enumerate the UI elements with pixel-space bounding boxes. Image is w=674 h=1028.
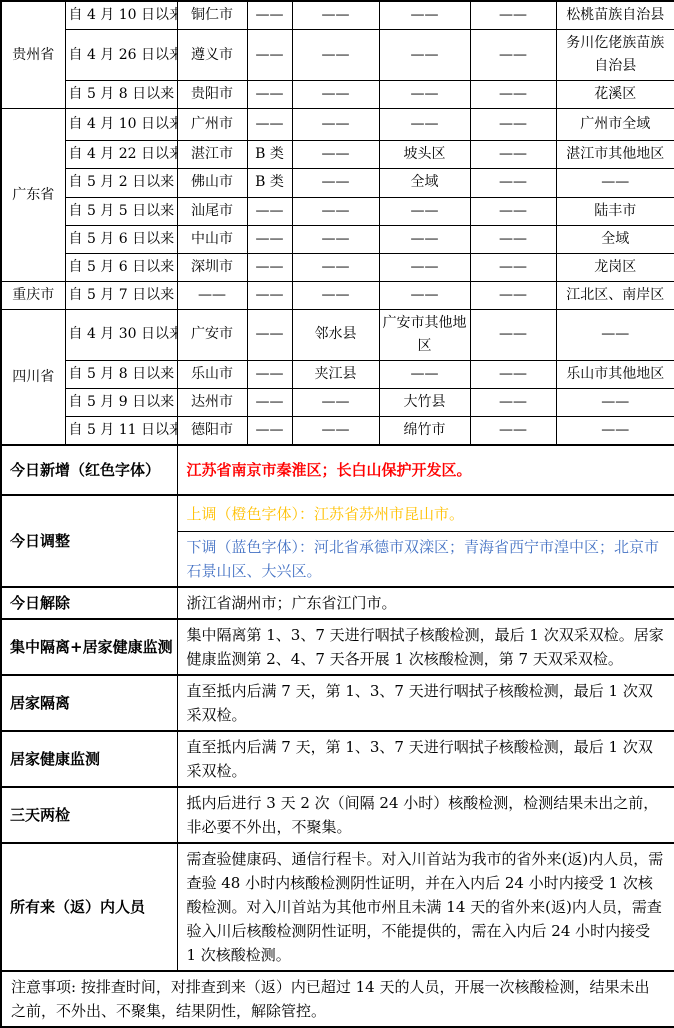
label-today-new: 今日新增（红色字体）	[1, 445, 177, 495]
cell-city: ——	[177, 281, 247, 309]
cell-class: ——	[247, 389, 292, 417]
text-home-health-monitoring: 直至抵内后满 7 天，第 1、3、7 天进行咽拭子核酸检测，最后 1 次双采双检…	[177, 731, 674, 787]
cell-province-guangdong: 广东省	[1, 109, 65, 281]
cell-date: 自 4 月 10 日以来	[65, 1, 177, 30]
cell-class: ——	[247, 225, 292, 253]
cell-col6: 坡头区	[379, 141, 470, 169]
cell-class: ——	[247, 309, 292, 360]
cell-col5: 夹江县	[292, 361, 379, 389]
text-today-removed: 浙江省湖州市；广东省江门市。	[177, 587, 674, 619]
cell-col6: ——	[379, 281, 470, 309]
table-row: 自 5 月 9 日以来 达州市 —— —— 大竹县 —— ——	[1, 389, 674, 417]
label-home-health-monitoring: 居家健康监测	[1, 731, 177, 787]
text-notes: 注意事项: 按排查时间，对排查到来（返）内已超过 14 天的人员，开展一次核酸检…	[1, 971, 674, 1027]
cell-col5: ——	[292, 225, 379, 253]
cell-col6: ——	[379, 1, 470, 30]
cell-col8: 花溪区	[556, 81, 674, 109]
cell-class: ——	[247, 361, 292, 389]
cell-col6: 全域	[379, 169, 470, 197]
cell-col7: ——	[470, 417, 556, 446]
cell-city: 广州市	[177, 109, 247, 141]
cell-col7: ——	[470, 253, 556, 281]
cell-date: 自 5 月 8 日以来	[65, 361, 177, 389]
label-today-removed: 今日解除	[1, 587, 177, 619]
cell-date: 自 5 月 6 日以来	[65, 253, 177, 281]
cell-col7: ——	[470, 169, 556, 197]
cell-col5: ——	[292, 141, 379, 169]
label-home-quarantine: 居家隔离	[1, 675, 177, 731]
table-row: 自 5 月 8 日以来 贵阳市 —— —— —— —— 花溪区	[1, 81, 674, 109]
cell-col6: 广安市其他地区	[379, 309, 470, 360]
cell-date: 自 5 月 9 日以来	[65, 389, 177, 417]
label-all-arrivals: 所有来（返）内人员	[1, 843, 177, 971]
row-home-health-monitoring: 居家健康监测 直至抵内后满 7 天，第 1、3、7 天进行咽拭子核酸检测，最后 …	[1, 731, 674, 787]
cell-city: 达州市	[177, 389, 247, 417]
row-today-new: 今日新增（红色字体） 江苏省南京市秦淮区；长白山保护开发区。	[1, 445, 674, 495]
cell-col8: 广州市全域	[556, 109, 674, 141]
cell-date: 自 5 月 7 日以来	[65, 281, 177, 309]
cell-col7: ——	[470, 1, 556, 30]
cell-col5: ——	[292, 169, 379, 197]
label-three-day-two-tests: 三天两检	[1, 787, 177, 843]
cell-col7: ——	[470, 225, 556, 253]
cell-date: 自 4 月 26 日以来	[65, 30, 177, 81]
cell-col7: ——	[470, 141, 556, 169]
text-centralized-quarantine: 集中隔离第 1、3、7 天进行咽拭子核酸检测，最后 1 次双采双检。居家健康监测…	[177, 619, 674, 675]
cell-col5: ——	[292, 30, 379, 81]
cell-col5: ——	[292, 81, 379, 109]
cell-city: 遵义市	[177, 30, 247, 81]
row-home-quarantine: 居家隔离 直至抵内后满 7 天，第 1、3、7 天进行咽拭子核酸检测，最后 1 …	[1, 675, 674, 731]
cell-col5: ——	[292, 281, 379, 309]
cell-class: ——	[247, 281, 292, 309]
cell-city: 铜仁市	[177, 1, 247, 30]
cell-col5: ——	[292, 109, 379, 141]
cell-col6: 大竹县	[379, 389, 470, 417]
cell-col6: ——	[379, 30, 470, 81]
cell-city: 德阳市	[177, 417, 247, 446]
label-centralized-quarantine: 集中隔离+居家健康监测	[1, 619, 177, 675]
label-today-adjust: 今日调整	[1, 495, 177, 587]
cell-col8: 湛江市其他地区	[556, 141, 674, 169]
table-row: 重庆市 自 5 月 7 日以来 —— —— —— —— —— 江北区、南岸区	[1, 281, 674, 309]
cell-class: ——	[247, 197, 292, 225]
text-today-new: 江苏省南京市秦淮区；长白山保护开发区。	[177, 445, 674, 495]
cell-class: ——	[247, 109, 292, 141]
table-row: 自 5 月 6 日以来 深圳市 —— —— —— —— 龙岗区	[1, 253, 674, 281]
table-row: 自 5 月 8 日以来 乐山市 —— 夹江县 —— —— 乐山市其他地区	[1, 361, 674, 389]
cell-class: B 类	[247, 169, 292, 197]
cell-date: 自 4 月 10 日以来	[65, 109, 177, 141]
cell-col7: ——	[470, 361, 556, 389]
cell-class: B 类	[247, 141, 292, 169]
cell-date: 自 4 月 22 日以来	[65, 141, 177, 169]
cell-col7: ——	[470, 197, 556, 225]
cell-city: 贵阳市	[177, 81, 247, 109]
cell-col7: ——	[470, 309, 556, 360]
cell-city: 佛山市	[177, 169, 247, 197]
cell-city: 广安市	[177, 309, 247, 360]
cell-class: ——	[247, 1, 292, 30]
cell-date: 自 5 月 6 日以来	[65, 225, 177, 253]
table-row: 广东省 自 4 月 10 日以来 广州市 —— —— —— —— 广州市全域	[1, 109, 674, 141]
row-three-day-two-tests: 三天两检 抵内后进行 3 天 2 次（间隔 24 小时）核酸检测，检测结果未出之…	[1, 787, 674, 843]
cell-province-chongqing: 重庆市	[1, 281, 65, 309]
row-today-removed: 今日解除 浙江省湖州市；广东省江门市。	[1, 587, 674, 619]
table-row: 贵州省 自 4 月 10 日以来 铜仁市 —— —— —— —— 松桃苗族自治县	[1, 1, 674, 30]
cell-col6: ——	[379, 361, 470, 389]
cell-col5: ——	[292, 1, 379, 30]
table-row: 自 5 月 2 日以来 佛山市 B 类 —— 全域 —— ——	[1, 169, 674, 197]
cell-col8: 松桃苗族自治县	[556, 1, 674, 30]
table-row: 自 5 月 6 日以来 中山市 —— —— —— —— 全域	[1, 225, 674, 253]
cell-col8: 江北区、南岸区	[556, 281, 674, 309]
risk-area-policy-table: 贵州省 自 4 月 10 日以来 铜仁市 —— —— —— —— 松桃苗族自治县…	[0, 0, 674, 1028]
cell-city: 乐山市	[177, 361, 247, 389]
cell-col8: ——	[556, 389, 674, 417]
cell-col8: ——	[556, 169, 674, 197]
cell-col6: ——	[379, 225, 470, 253]
cell-date: 自 5 月 11 日以来	[65, 417, 177, 446]
cell-col6: 绵竹市	[379, 417, 470, 446]
cell-col8: ——	[556, 309, 674, 360]
cell-date: 自 5 月 8 日以来	[65, 81, 177, 109]
cell-col5: 邻水县	[292, 309, 379, 360]
text-home-quarantine: 直至抵内后满 7 天，第 1、3、7 天进行咽拭子核酸检测，最后 1 次双采双检…	[177, 675, 674, 731]
cell-col5: ——	[292, 417, 379, 446]
row-today-adjust: 今日调整 上调（橙色字体）：江苏省苏州市昆山市。	[1, 495, 674, 531]
cell-col5: ——	[292, 253, 379, 281]
cell-col5: ——	[292, 389, 379, 417]
cell-province-sichuan: 四川省	[1, 309, 65, 445]
cell-col7: ——	[470, 389, 556, 417]
cell-col8: 龙岗区	[556, 253, 674, 281]
covid-policy-document: 贵州省 自 4 月 10 日以来 铜仁市 —— —— —— —— 松桃苗族自治县…	[0, 0, 674, 1028]
cell-col6: ——	[379, 253, 470, 281]
cell-province-guizhou: 贵州省	[1, 1, 65, 109]
cell-class: ——	[247, 30, 292, 81]
cell-col8: 陆丰市	[556, 197, 674, 225]
row-centralized-quarantine: 集中隔离+居家健康监测 集中隔离第 1、3、7 天进行咽拭子核酸检测，最后 1 …	[1, 619, 674, 675]
cell-city: 中山市	[177, 225, 247, 253]
cell-col8: 乐山市其他地区	[556, 361, 674, 389]
cell-col7: ——	[470, 281, 556, 309]
text-adjust-up: 上调（橙色字体）：江苏省苏州市昆山市。	[177, 495, 674, 531]
cell-date: 自 4 月 30 日以来	[65, 309, 177, 360]
cell-date: 自 5 月 5 日以来	[65, 197, 177, 225]
cell-class: ——	[247, 81, 292, 109]
cell-col7: ——	[470, 81, 556, 109]
cell-col8: 全域	[556, 225, 674, 253]
table-row: 四川省 自 4 月 30 日以来 广安市 —— 邻水县 广安市其他地区 —— —…	[1, 309, 674, 360]
cell-class: ——	[247, 253, 292, 281]
cell-col6: ——	[379, 109, 470, 141]
cell-date: 自 5 月 2 日以来	[65, 169, 177, 197]
text-three-day-two-tests: 抵内后进行 3 天 2 次（间隔 24 小时）核酸检测，检测结果未出之前，非必要…	[177, 787, 674, 843]
table-row: 自 5 月 11 日以来 德阳市 —— —— 绵竹市 —— ——	[1, 417, 674, 446]
cell-city: 湛江市	[177, 141, 247, 169]
cell-col6: ——	[379, 197, 470, 225]
cell-col5: ——	[292, 197, 379, 225]
cell-col6: ——	[379, 81, 470, 109]
table-row: 自 4 月 26 日以来 遵义市 —— —— —— —— 务川仡佬族苗族自治县	[1, 30, 674, 81]
table-row: 自 4 月 22 日以来 湛江市 B 类 —— 坡头区 —— 湛江市其他地区	[1, 141, 674, 169]
cell-city: 深圳市	[177, 253, 247, 281]
cell-city: 汕尾市	[177, 197, 247, 225]
table-row: 自 5 月 5 日以来 汕尾市 —— —— —— —— 陆丰市	[1, 197, 674, 225]
cell-col7: ——	[470, 30, 556, 81]
cell-col8: ——	[556, 417, 674, 446]
row-notes: 注意事项: 按排查时间，对排查到来（返）内已超过 14 天的人员，开展一次核酸检…	[1, 971, 674, 1027]
row-all-arrivals: 所有来（返）内人员 需查验健康码、通信行程卡。对入川首站为我市的省外来(返)内人…	[1, 843, 674, 971]
cell-class: ——	[247, 417, 292, 446]
cell-col8: 务川仡佬族苗族自治县	[556, 30, 674, 81]
text-adjust-down: 下调（蓝色字体）：河北省承德市双滦区；青海省西宁市湟中区；北京市石景山区、大兴区…	[177, 531, 674, 587]
text-all-arrivals: 需查验健康码、通信行程卡。对入川首站为我市的省外来(返)内人员，需查验 48 小…	[177, 843, 674, 971]
cell-col7: ——	[470, 109, 556, 141]
